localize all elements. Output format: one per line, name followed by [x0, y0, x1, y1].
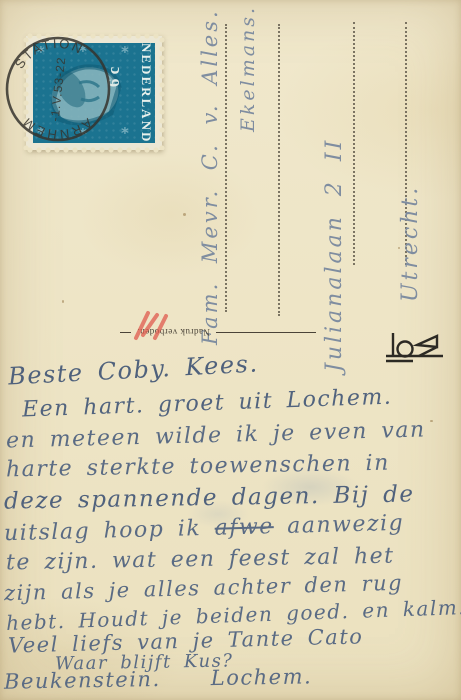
- message-text: aanwezig: [273, 511, 404, 539]
- address-name: Fam. Mevr. C. v. Alles.: [198, 8, 222, 345]
- address-name-2: Ekelmans.: [237, 5, 259, 132]
- message-greeting: Beste Coby. Kees.: [7, 349, 259, 390]
- stamp-perforation-right: [159, 36, 165, 150]
- postmark-office-label: STATION: [12, 36, 86, 72]
- stamp-country-label: NEDERLAND: [138, 43, 154, 143]
- message-line: deze spannende dagen. Bij de: [4, 481, 415, 514]
- divider-rule-long: [216, 332, 316, 333]
- address-rule: [225, 24, 227, 312]
- address-street: Julianalaan 2 II: [322, 138, 347, 372]
- red-pencil-mark: [128, 308, 176, 350]
- struck-word: afwe: [214, 514, 274, 541]
- message-line-with-strikethrough: uitslag hoop ik afwe aanwezig: [4, 511, 405, 546]
- paper-speck: [62, 300, 64, 303]
- message-text: uitslag hoop ik: [4, 516, 215, 547]
- message-line: te zijn. wat een feest zal het: [6, 544, 395, 576]
- message-line: harte sterkte toewenschen in: [6, 451, 390, 483]
- address-city: Utrecht.: [398, 185, 423, 302]
- postmark: STATION ARNHEM -1.V.53-22: [0, 25, 124, 157]
- address-rule: [278, 24, 280, 316]
- paper-speck: [183, 213, 186, 216]
- message-line: en meteen wilde ik je even van: [6, 418, 426, 454]
- postmark-date-label: -1.V.53-22: [48, 56, 69, 122]
- address-rule: [353, 22, 355, 265]
- message-line: Een hart. groet uit Lochem.: [22, 385, 393, 423]
- publisher-logo-icon: [383, 328, 447, 364]
- message-signature-location: Beukenstein. Lochem.: [4, 664, 313, 693]
- paper-speck: [430, 420, 433, 422]
- svg-text:STATION: STATION: [12, 36, 86, 72]
- postcard-back: * * * * * * NEDERLAND 6 c STATION ARNHEM…: [0, 0, 461, 700]
- paper-speck: [398, 247, 400, 249]
